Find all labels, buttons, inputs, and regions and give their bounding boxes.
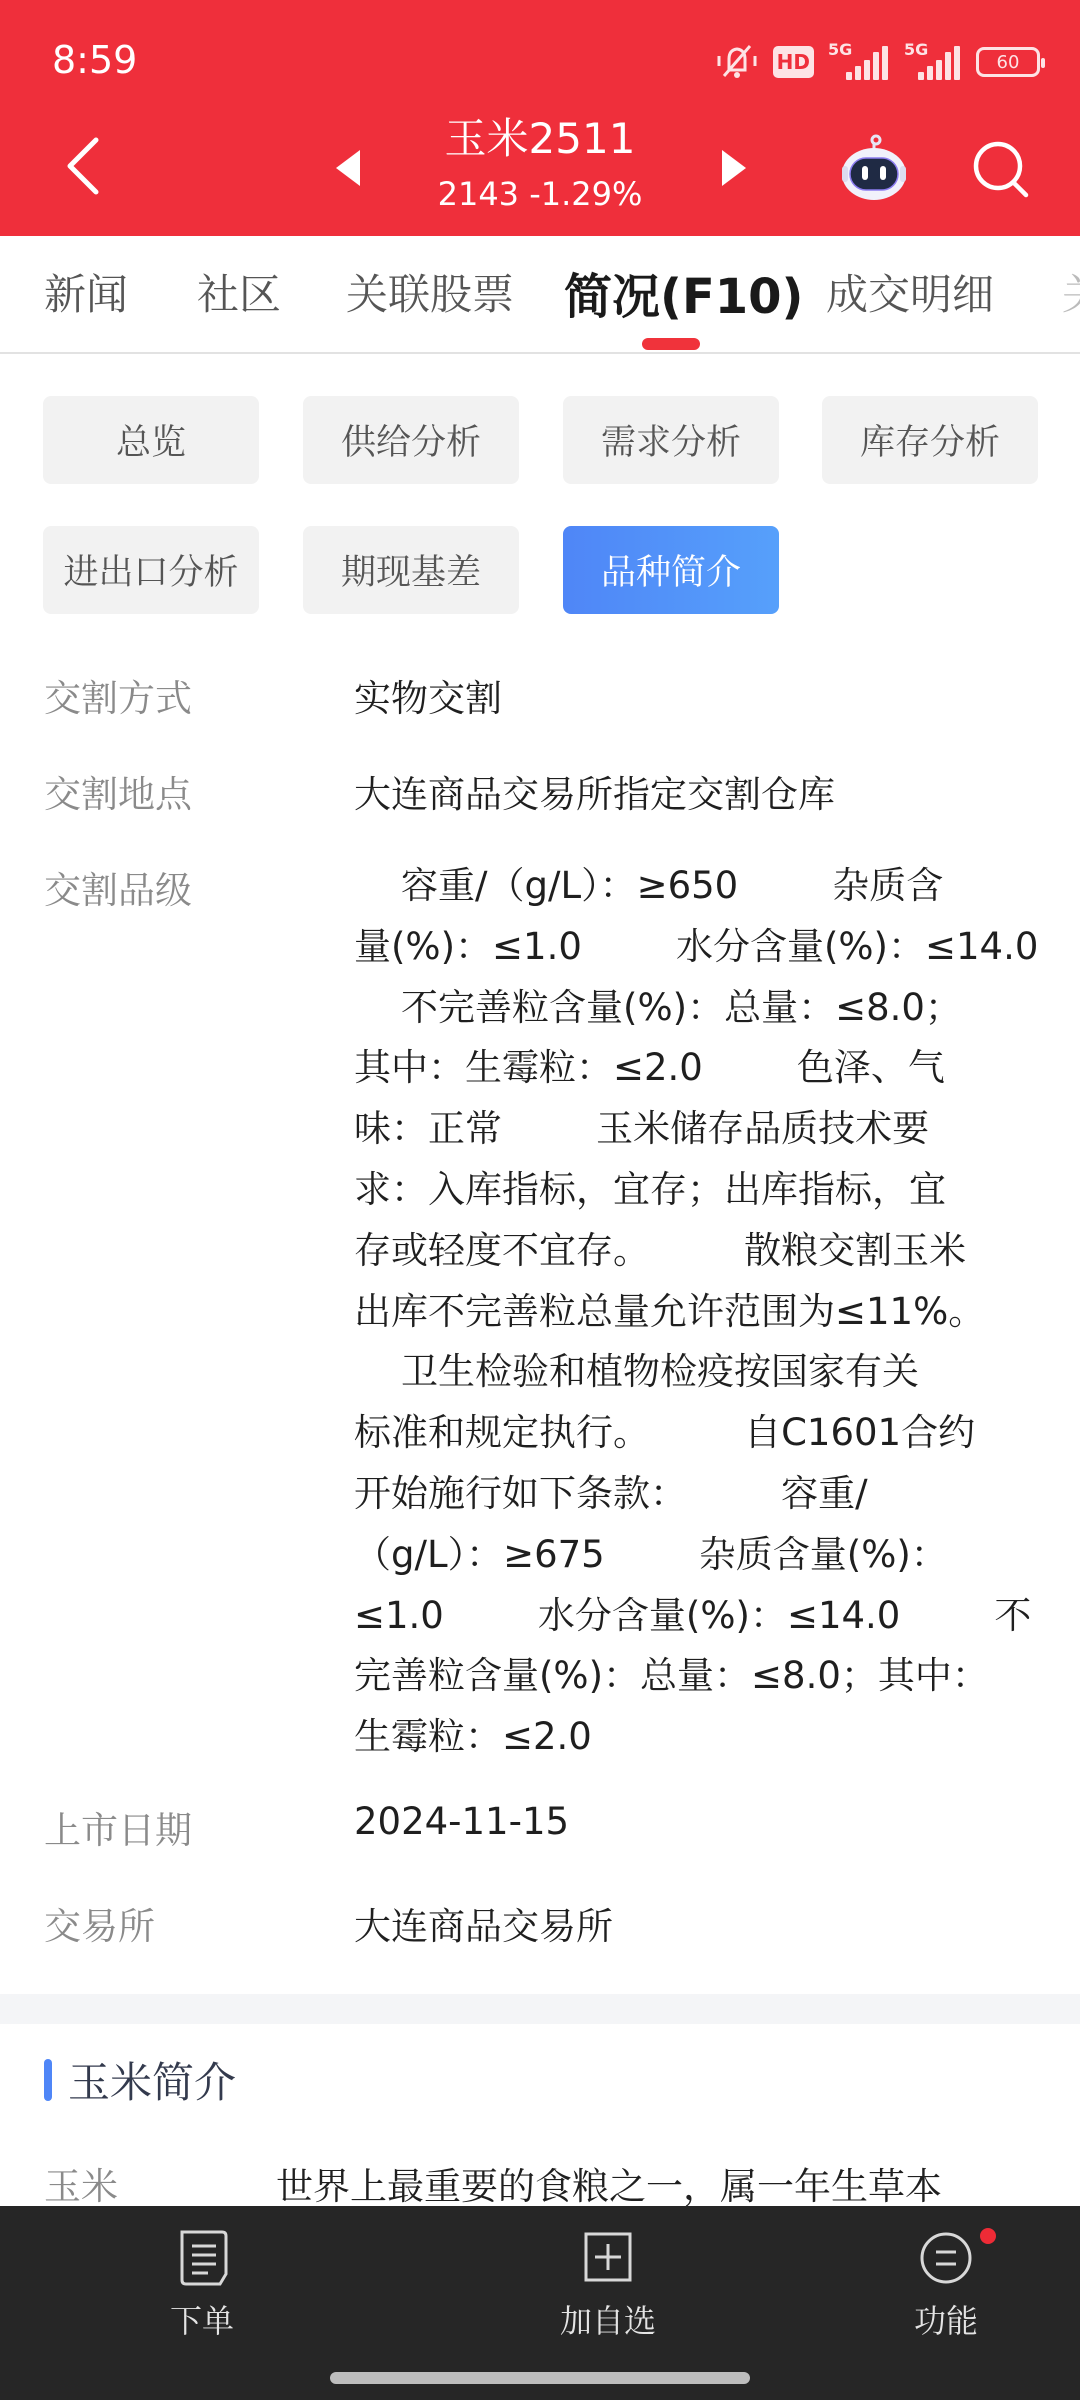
hd-voice-icon: HD [773, 46, 814, 78]
delivery-method-value: 实物交割 [354, 668, 502, 722]
chip-inventory-analysis[interactable]: 库存分析 [822, 396, 1038, 484]
menu-circle-icon [916, 2228, 976, 2288]
section-tab-bar: 新闻 社区 关联股票 简况(F10) 成交明细 关 [0, 236, 1080, 354]
battery-level: 60 [997, 52, 1020, 73]
ai-robot-assistant-icon[interactable] [838, 134, 910, 200]
next-contract-arrow-icon[interactable] [722, 150, 746, 186]
delivery-location-value: 大连商品交易所指定交割仓库 [354, 764, 835, 818]
delivery-grade-value: 容重/（g/L）：≥650 杂质含 量(%)：≤1.0 水分含量(%)：≤14.… [354, 856, 1044, 1768]
exchange-value: 大连商品交易所 [354, 1896, 613, 1950]
section-divider [0, 1994, 1080, 2024]
bottom-action-bar: 下单 加自选 功能 [0, 2206, 1080, 2400]
order-document-icon [172, 2228, 232, 2288]
back-arrow-icon[interactable] [60, 136, 108, 196]
contract-price-change: 2143 -1.29% [380, 172, 700, 216]
status-time: 8:59 [52, 38, 137, 82]
silent-bell-icon [715, 42, 759, 82]
functions-button[interactable]: 功能 [846, 2228, 1046, 2342]
home-gesture-bar[interactable] [330, 2372, 750, 2384]
corn-intro-text: 世界上最重要的食粮之一，属一年生草本 [276, 2156, 942, 2210]
chip-basis[interactable]: 期现基差 [303, 526, 519, 614]
tab-community[interactable]: 社区 [197, 262, 281, 322]
active-tab-indicator [642, 338, 700, 350]
delivery-grade-label: 交割品级 [44, 860, 192, 914]
status-icons: HD 5G 5G 60 [715, 42, 1040, 82]
signal-5g-1-icon: 5G [828, 44, 890, 80]
chip-variety-intro[interactable]: 品种简介 [563, 526, 779, 614]
tab-more-clipped[interactable]: 关 [1062, 262, 1080, 322]
search-icon[interactable] [970, 138, 1032, 200]
tab-related-stocks[interactable]: 关联股票 [346, 262, 514, 322]
section-title: 玉米简介 [68, 2050, 236, 2110]
status-bar: 8:59 HD 5G 5G [0, 0, 1080, 120]
delivery-location-label: 交割地点 [44, 764, 192, 818]
add-watchlist-button[interactable]: 加自选 [508, 2228, 708, 2342]
notification-badge-dot [980, 2228, 996, 2244]
chip-import-export-analysis[interactable]: 进出口分析 [43, 526, 259, 614]
corn-intro-section-header: 玉米简介 [44, 2052, 236, 2108]
signal-5g-2-icon: 5G [904, 44, 962, 80]
chip-supply-analysis[interactable]: 供给分析 [303, 396, 519, 484]
chip-demand-analysis[interactable]: 需求分析 [563, 396, 779, 484]
chip-overview[interactable]: 总览 [43, 396, 259, 484]
delivery-method-label: 交割方式 [44, 668, 192, 722]
listing-date-label: 上市日期 [44, 1800, 192, 1854]
tab-f10-overview[interactable]: 简况(F10) [564, 258, 803, 327]
listing-date-value: 2024-11-15 [354, 1800, 569, 1843]
section-accent-bar [44, 2059, 52, 2101]
tab-news[interactable]: 新闻 [44, 262, 128, 322]
corn-intro-label: 玉米 [44, 2156, 118, 2210]
previous-contract-arrow-icon[interactable] [336, 150, 360, 186]
battery-icon: 60 [976, 47, 1040, 77]
contract-title: 玉米2511 [380, 112, 700, 166]
contract-title-block: 玉米2511 2143 -1.29% [380, 112, 700, 216]
order-button[interactable]: 下单 [102, 2228, 302, 2342]
app-header: 8:59 HD 5G 5G [0, 0, 1080, 236]
tab-trade-details[interactable]: 成交明细 [826, 262, 994, 322]
add-watchlist-icon [578, 2228, 638, 2288]
exchange-label: 交易所 [44, 1896, 155, 1950]
